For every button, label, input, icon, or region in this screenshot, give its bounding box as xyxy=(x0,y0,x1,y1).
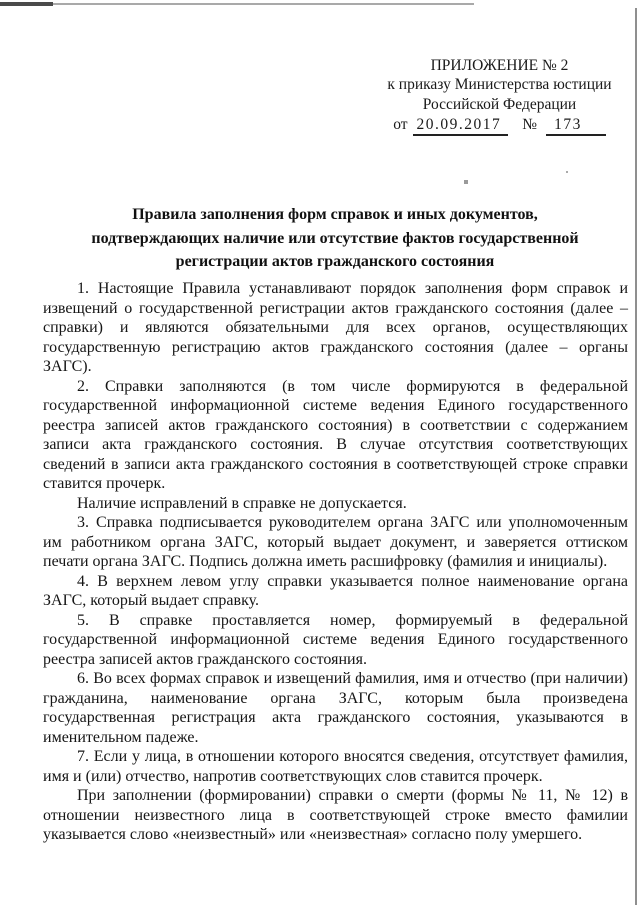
date-prefix: от xyxy=(393,116,407,133)
body-paragraph-7: 7. Если у лица, в отношении которого вно… xyxy=(43,747,628,786)
scan-edge-dark-segment xyxy=(0,2,53,6)
document-title: Правила заполнения форм справок и иных д… xyxy=(70,203,600,274)
document-body: 1. Настоящие Правила устанавливают поряд… xyxy=(43,279,628,845)
order-reference-line2: Российской Федерации xyxy=(387,95,612,114)
order-date-line: от20.09.2017№173 xyxy=(387,115,612,136)
body-paragraph-7a: При заполнении (формировании) справки о … xyxy=(43,786,628,845)
scan-edge-light-segment xyxy=(53,3,474,5)
number-sign: № xyxy=(522,116,537,133)
appendix-header: ПРИЛОЖЕНИЕ № 2 к приказу Министерства юс… xyxy=(387,56,612,136)
scan-speck xyxy=(566,171,568,173)
body-paragraph-4: 4. В верхнем левом углу справки указывае… xyxy=(43,572,628,611)
scan-speck xyxy=(464,180,468,184)
document-page: ПРИЛОЖЕНИЕ № 2 к приказу Министерства юс… xyxy=(0,0,640,905)
order-date-value: 20.09.2017 xyxy=(413,117,509,136)
body-paragraph-5: 5. В справке проставляется номер, формир… xyxy=(43,611,628,670)
page-edge-right-line xyxy=(635,8,637,905)
appendix-number: ПРИЛОЖЕНИЕ № 2 xyxy=(387,56,612,75)
body-paragraph-2: 2. Справки заполняются (в том числе форм… xyxy=(43,377,628,494)
body-paragraph-2a: Наличие исправлений в справке не допуска… xyxy=(43,494,628,514)
order-number-value: 173 xyxy=(546,117,606,136)
order-reference-line1: к приказу Министерства юстиции xyxy=(387,75,612,94)
body-paragraph-1: 1. Настоящие Правила устанавливают поряд… xyxy=(43,279,628,377)
body-paragraph-6: 6. Во всех формах справок и извещений фа… xyxy=(43,669,628,747)
body-paragraph-3: 3. Справка подписывается руководителем о… xyxy=(43,513,628,572)
